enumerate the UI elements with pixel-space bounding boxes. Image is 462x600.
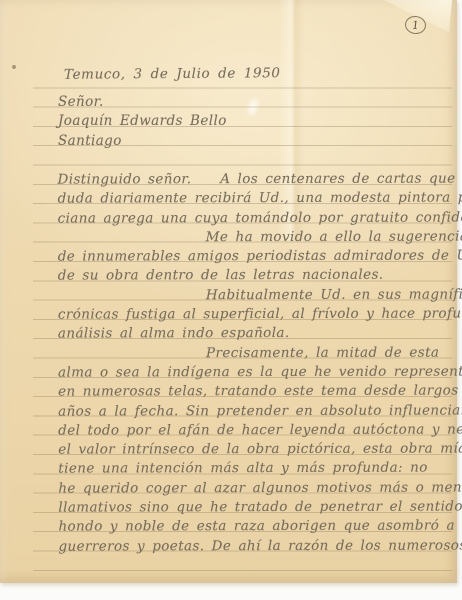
body-line: de innumerables amigos periodistas admir… bbox=[58, 247, 462, 267]
body-line: del todo por el afán de hacer leyenda au… bbox=[58, 420, 462, 440]
ink-speck bbox=[12, 65, 16, 69]
body-line: el valor intrínseco de la obra pictórica… bbox=[58, 440, 462, 460]
paper-sheet: 1 Temuco, 3 de Julio de 1950 Señor. Joaq… bbox=[0, 0, 457, 583]
salutation: Señor. bbox=[58, 93, 227, 112]
recipient-city: Santiago bbox=[58, 132, 227, 151]
body-line: crónicas fustiga al superficial, al frív… bbox=[58, 304, 462, 324]
body-line: Me ha movido a ello la sugerencia bbox=[58, 227, 462, 247]
body-line: ciana agrega una cuya tomándolo por grat… bbox=[58, 208, 462, 228]
body-line: años a la fecha. Sin pretender en absolu… bbox=[58, 401, 462, 421]
body-line: he querido coger al azar algunos motivos… bbox=[58, 478, 462, 498]
letter-body: Distinguido señor. A los centenares de c… bbox=[57, 169, 462, 556]
body-line: alma o sea la indígena es la que he veni… bbox=[58, 362, 462, 382]
body-line: análisis al alma indo española. bbox=[58, 324, 462, 344]
body-line: tiene una intención más alta y más profu… bbox=[58, 459, 462, 479]
body-line: hondo y noble de esta raza aborigen que … bbox=[58, 517, 462, 537]
letter-scan: 1 Temuco, 3 de Julio de 1950 Señor. Joaq… bbox=[0, 0, 462, 600]
recipient-name: Joaquín Edwards Bello bbox=[58, 112, 227, 131]
body-line: en numerosas telas, tratando este tema d… bbox=[58, 382, 462, 402]
body-line: Habitualmente Ud. en sus magníficas bbox=[58, 285, 462, 305]
body-line: guerreros y poetas. De ahí la razón de l… bbox=[58, 536, 462, 556]
body-line: de su obra dentro de las letras nacional… bbox=[58, 266, 462, 286]
body-line: Precisamente, la mitad de esta bbox=[58, 343, 462, 363]
body-line: duda diariamente recibirá Ud., una modes… bbox=[58, 189, 462, 209]
body-line: llamativos sino que he tratado de penetr… bbox=[58, 497, 462, 517]
recipient-block: Señor. Joaquín Edwards Bello Santiago bbox=[58, 93, 227, 151]
body-line: Distinguido señor. A los centenares de c… bbox=[57, 169, 462, 189]
date-line: Temuco, 3 de Julio de 1950 bbox=[64, 65, 281, 83]
